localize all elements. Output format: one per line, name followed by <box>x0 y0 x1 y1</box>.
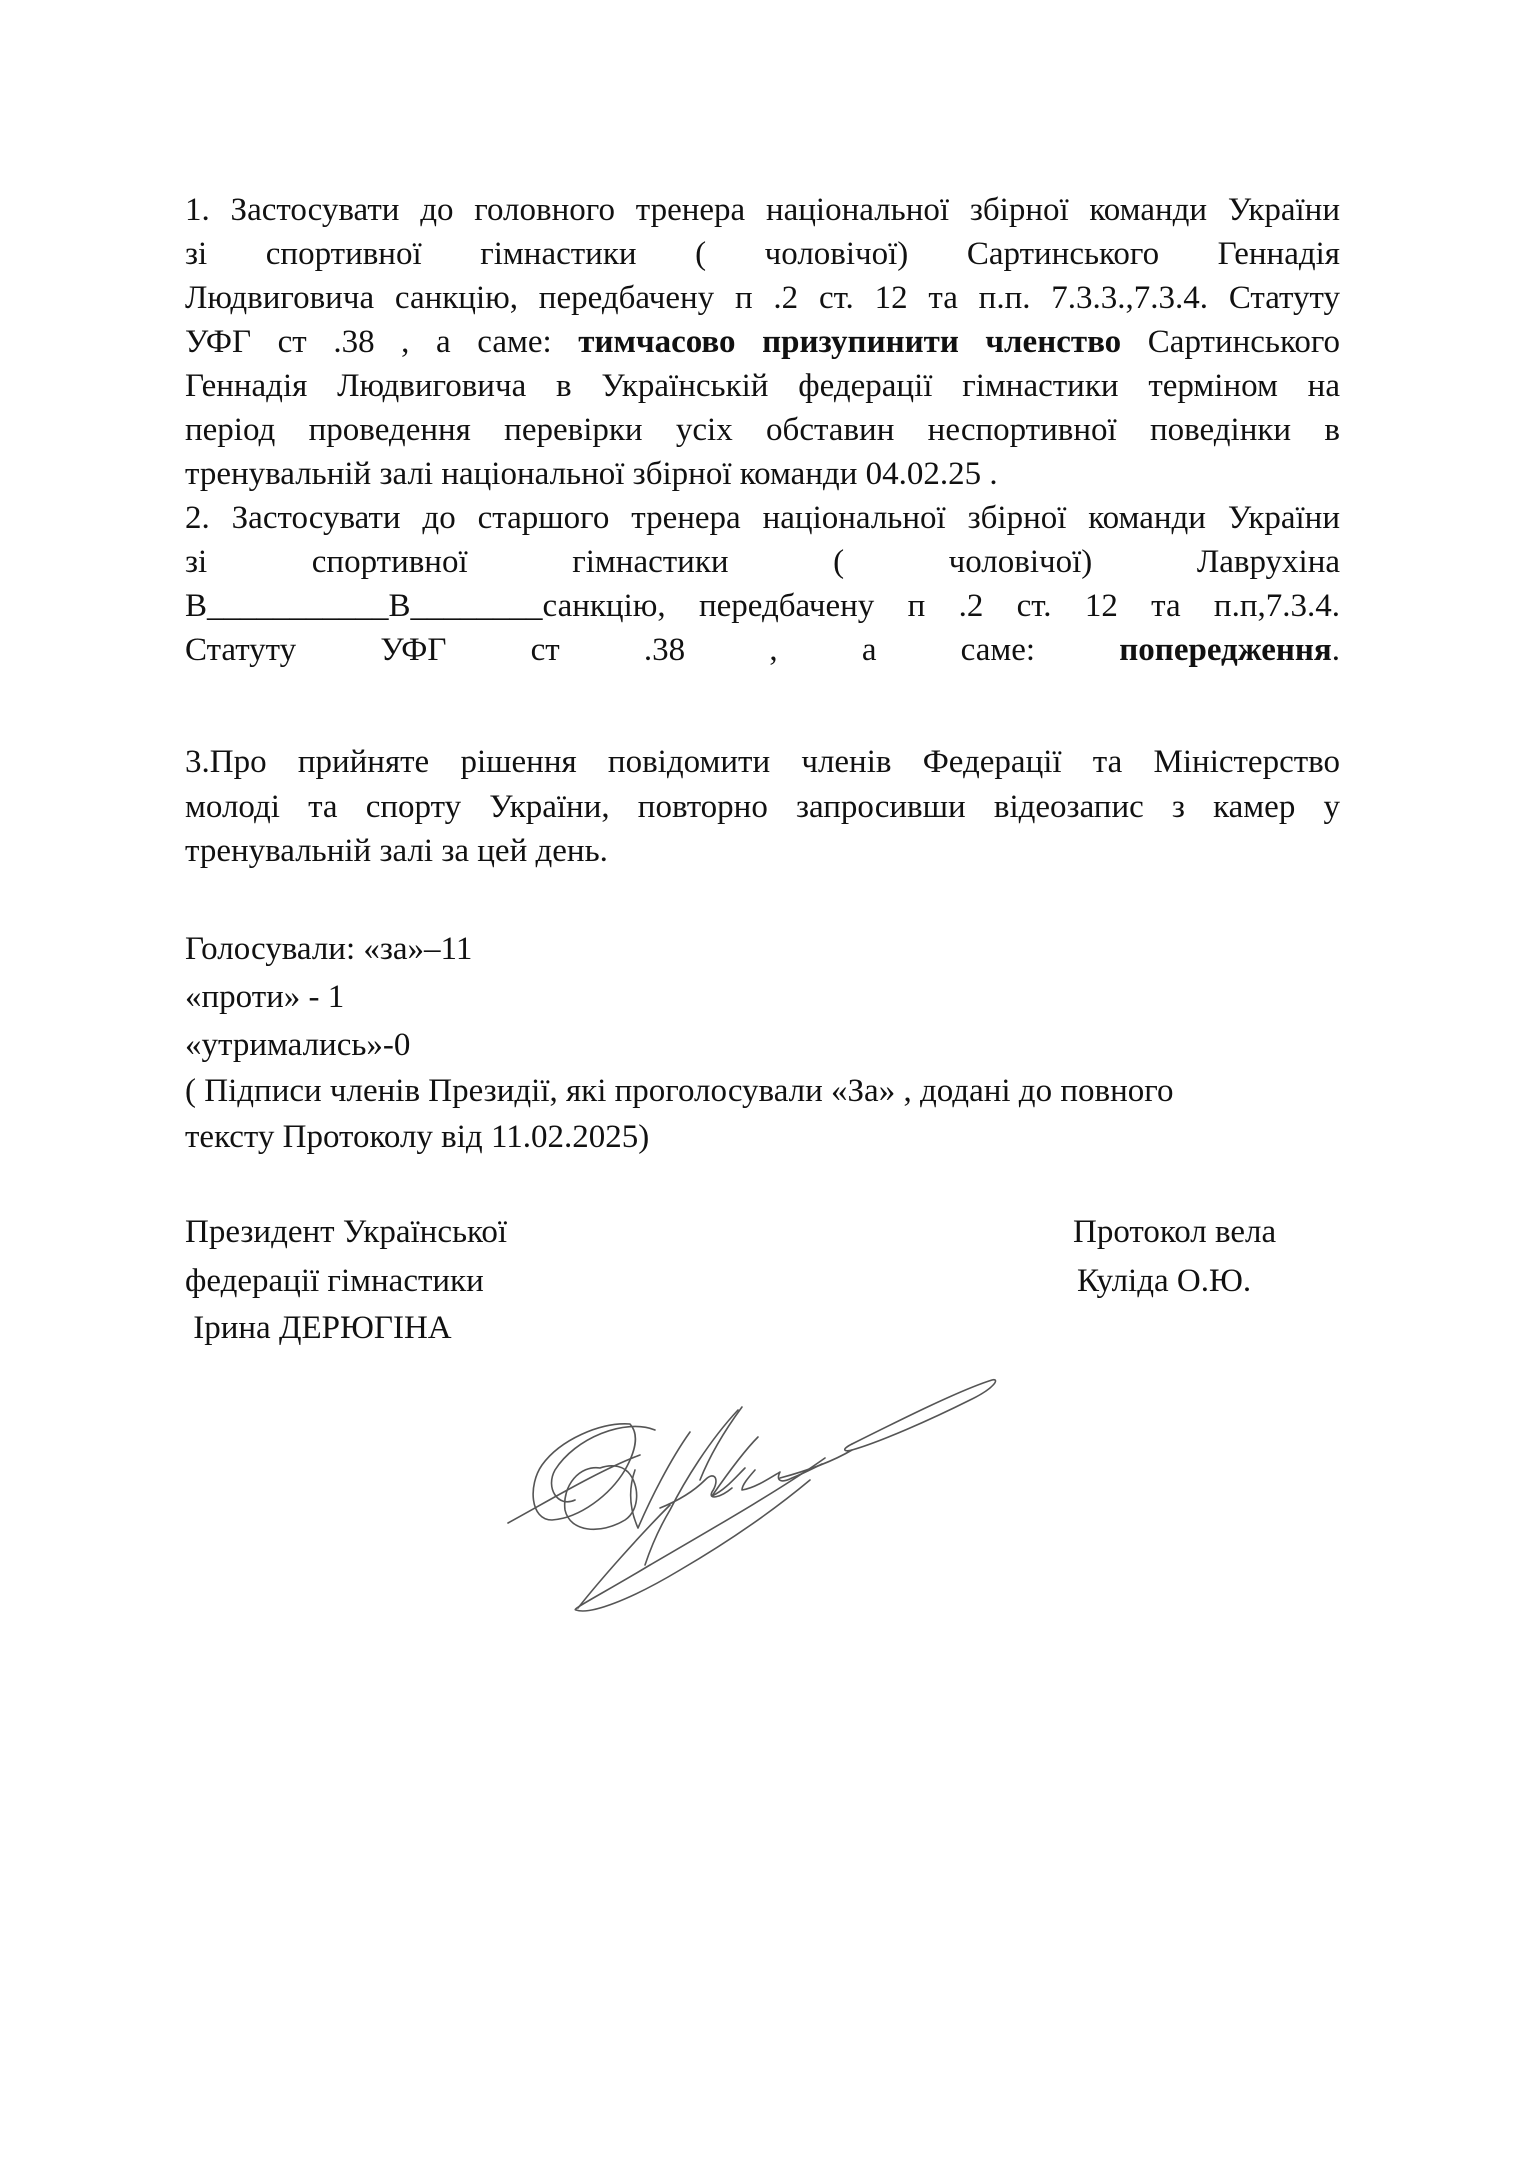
item2-line-1: 2. Застосувати до старшого тренера націо… <box>185 498 1340 538</box>
item3-line-3: тренувальній залі за цей день. <box>185 831 1340 871</box>
warning-bold-wrap: попередження. <box>1119 632 1340 668</box>
document-page: 1. Застосувати до головного тренера наці… <box>0 0 1527 2160</box>
item1-line-4-after: Сартинського <box>1148 324 1340 360</box>
item1-line-4: УФГ ст .38 , а саме: тимчасово призупини… <box>185 322 1340 362</box>
item2-line-4-after: . <box>1332 632 1340 668</box>
item1-line-4-before: УФГ ст .38 , а саме: <box>185 324 552 360</box>
item1-line-6: період проведення перевірки усіх обстави… <box>185 410 1340 450</box>
handwritten-signature-icon <box>480 1360 1020 1660</box>
item2-line-4-before: Статуту УФГ ст .38 , а саме: <box>185 632 1035 668</box>
item3-line-2: молоді та спорту України, повторно запро… <box>185 787 1340 827</box>
voting-note-line-2: тексту Протоколу від 11.02.2025) <box>185 1117 1340 1157</box>
voting-note-line-1: ( Підписи членів Президії, які проголосу… <box>185 1071 1340 1111</box>
item1-line-5: Геннадія Людвиговича в Українській федер… <box>185 366 1340 406</box>
item1-line-7: тренувальній залі національної збірної к… <box>185 454 1340 494</box>
item3-line-1: 3.Про прийняте рішення повідомити членів… <box>185 742 1340 782</box>
item2-line-4: Статуту УФГ ст .38 , а саме: попередженн… <box>185 630 1340 670</box>
secretary-name: Куліда О.Ю. <box>1077 1261 1251 1301</box>
president-name: Ірина ДЕРЮГІНА <box>185 1308 1340 1348</box>
item1-line-2: зі спортивної гімнастики ( чоловічої) Са… <box>185 234 1340 274</box>
voting-against: «проти» - 1 <box>185 977 1340 1017</box>
voting-for: Голосували: «за»–11 <box>185 929 1340 969</box>
suspend-membership-bold: тимчасово призупинити членство <box>578 324 1121 360</box>
item1-line-1: 1. Застосувати до головного тренера наці… <box>185 190 1340 230</box>
item2-line-2: зі спортивної гімнастики ( чоловічої) Ла… <box>185 542 1340 582</box>
warning-bold: попередження <box>1119 632 1331 668</box>
item2-line-3: В___________В________санкцію, передбачен… <box>185 586 1340 626</box>
item1-line-3: Людвиговича санкцію, передбачену п .2 ст… <box>185 278 1340 318</box>
secretary-title: Протокол вела <box>1073 1212 1276 1252</box>
voting-abstained: «утримались»-0 <box>185 1025 1340 1065</box>
